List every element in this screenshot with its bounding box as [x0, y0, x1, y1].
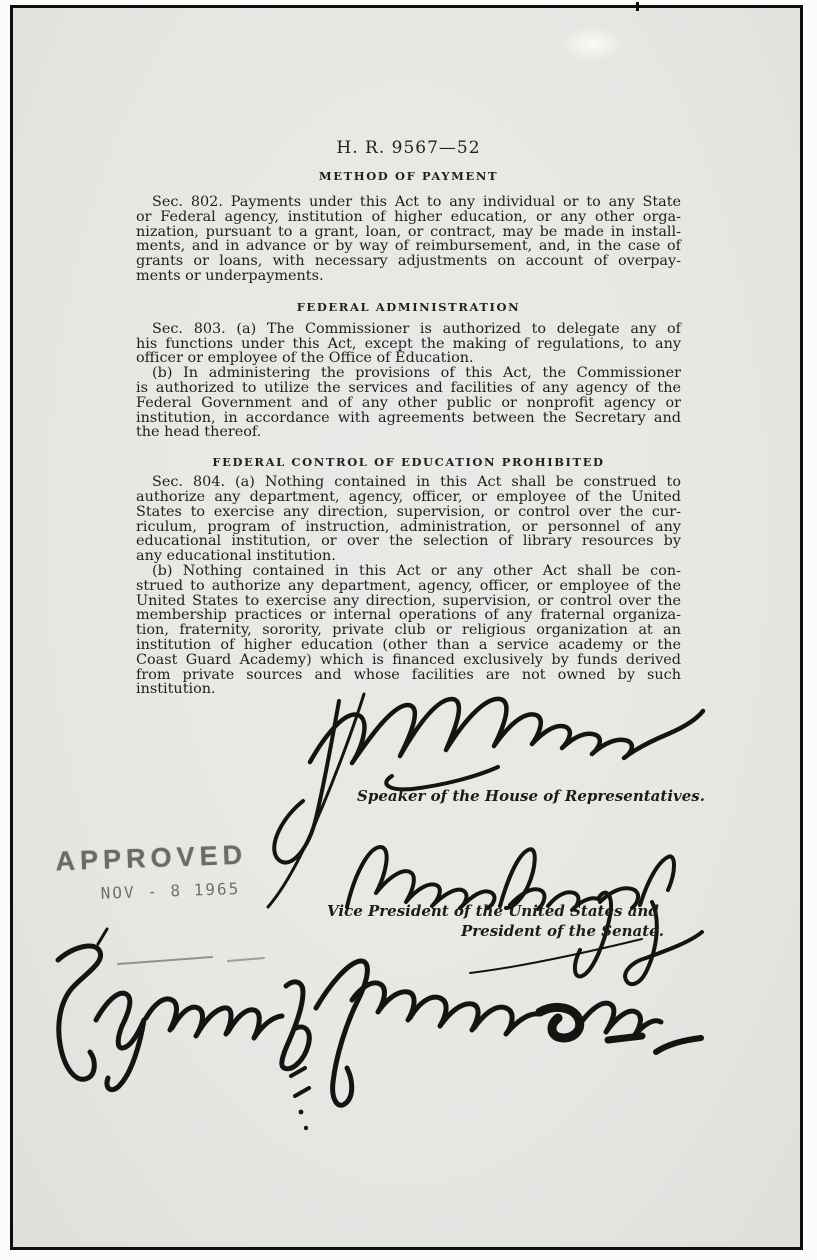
text-line: the head thereof.	[136, 425, 681, 440]
text-line: from private sources and whose facilitie…	[136, 668, 681, 683]
text-line: his functions under this Act, except the…	[136, 337, 681, 352]
vice-president-caption-line2: President of the Senate.	[461, 922, 664, 940]
vice-president-caption-line1: Vice President of the United States and	[327, 902, 659, 920]
text-line: ments or underpayments.	[136, 269, 681, 284]
text-line: authorize any department, agency, office…	[136, 490, 681, 505]
text-line: Sec. 803. (a) The Commissioner is author…	[136, 322, 681, 337]
text-line: membership practices or internal operati…	[136, 608, 681, 623]
text-line: Sec. 802. Payments under this Act to any…	[136, 195, 681, 210]
paragraph-sec-804b: (b) Nothing contained in this Act or any…	[136, 564, 681, 697]
text-line: educational institution, or over the sel…	[136, 534, 681, 549]
paragraph-sec-803b: (b) In administering the provisions of t…	[136, 366, 681, 440]
text-line: States to exercise any direction, superv…	[136, 505, 681, 520]
text-line: (b) Nothing contained in this Act or any…	[136, 564, 681, 579]
section-heading-method-of-payment: METHOD OF PAYMENT	[136, 170, 681, 182]
text-line: officer or employee of the Office of Edu…	[136, 351, 681, 366]
text-line: any educational institution.	[136, 549, 681, 564]
text-line: ments, and in advance or by way of reimb…	[136, 239, 681, 254]
text-line: institution of higher education (other t…	[136, 638, 681, 653]
text-line: is authorized to utilize the services an…	[136, 381, 681, 396]
text-line: or Federal agency, institution of higher…	[136, 210, 681, 225]
text-line: United States to exercise any direction,…	[136, 594, 681, 609]
text-line: riculum, program of instruction, adminis…	[136, 520, 681, 535]
text-line: Coast Guard Academy) which is financed e…	[136, 653, 681, 668]
paper-blemish	[562, 26, 624, 62]
section-heading-federal-control-prohibited: FEDERAL CONTROL OF EDUCATION PROHIBITED	[136, 456, 681, 468]
text-line: Federal Government and of any other publ…	[136, 396, 681, 411]
frame-notch-mark	[636, 2, 639, 11]
text-line: nization, pursuant to a grant, loan, or …	[136, 225, 681, 240]
text-line: institution.	[136, 682, 681, 697]
paragraph-sec-804a: Sec. 804. (a) Nothing contained in this …	[136, 475, 681, 564]
paragraph-sec-802: Sec. 802. Payments under this Act to any…	[136, 195, 681, 284]
speaker-caption: Speaker of the House of Representatives.	[357, 787, 705, 805]
text-line: strued to authorize any department, agen…	[136, 579, 681, 594]
photographed-document-page: H. R. 9567—52 METHOD OF PAYMENT Sec. 802…	[0, 0, 817, 1260]
typeset-text-column: H. R. 9567—52 METHOD OF PAYMENT Sec. 802…	[136, 140, 681, 697]
text-line: (b) In administering the provisions of t…	[136, 366, 681, 381]
text-line: institution, in accordance with agreemen…	[136, 411, 681, 426]
paragraph-sec-803a: Sec. 803. (a) The Commissioner is author…	[136, 322, 681, 366]
text-line: Sec. 804. (a) Nothing contained in this …	[136, 475, 681, 490]
text-line: grants or loans, with necessary adjustme…	[136, 254, 681, 269]
approved-stamp-text: APPROVED	[55, 840, 248, 878]
section-heading-federal-administration: FEDERAL ADMINISTRATION	[136, 301, 681, 313]
text-line: tion, fraternity, sorority, private club…	[136, 623, 681, 638]
bill-number: H. R. 9567—52	[136, 140, 681, 157]
approved-stamp: APPROVED NOV - 8 1965	[55, 840, 248, 905]
